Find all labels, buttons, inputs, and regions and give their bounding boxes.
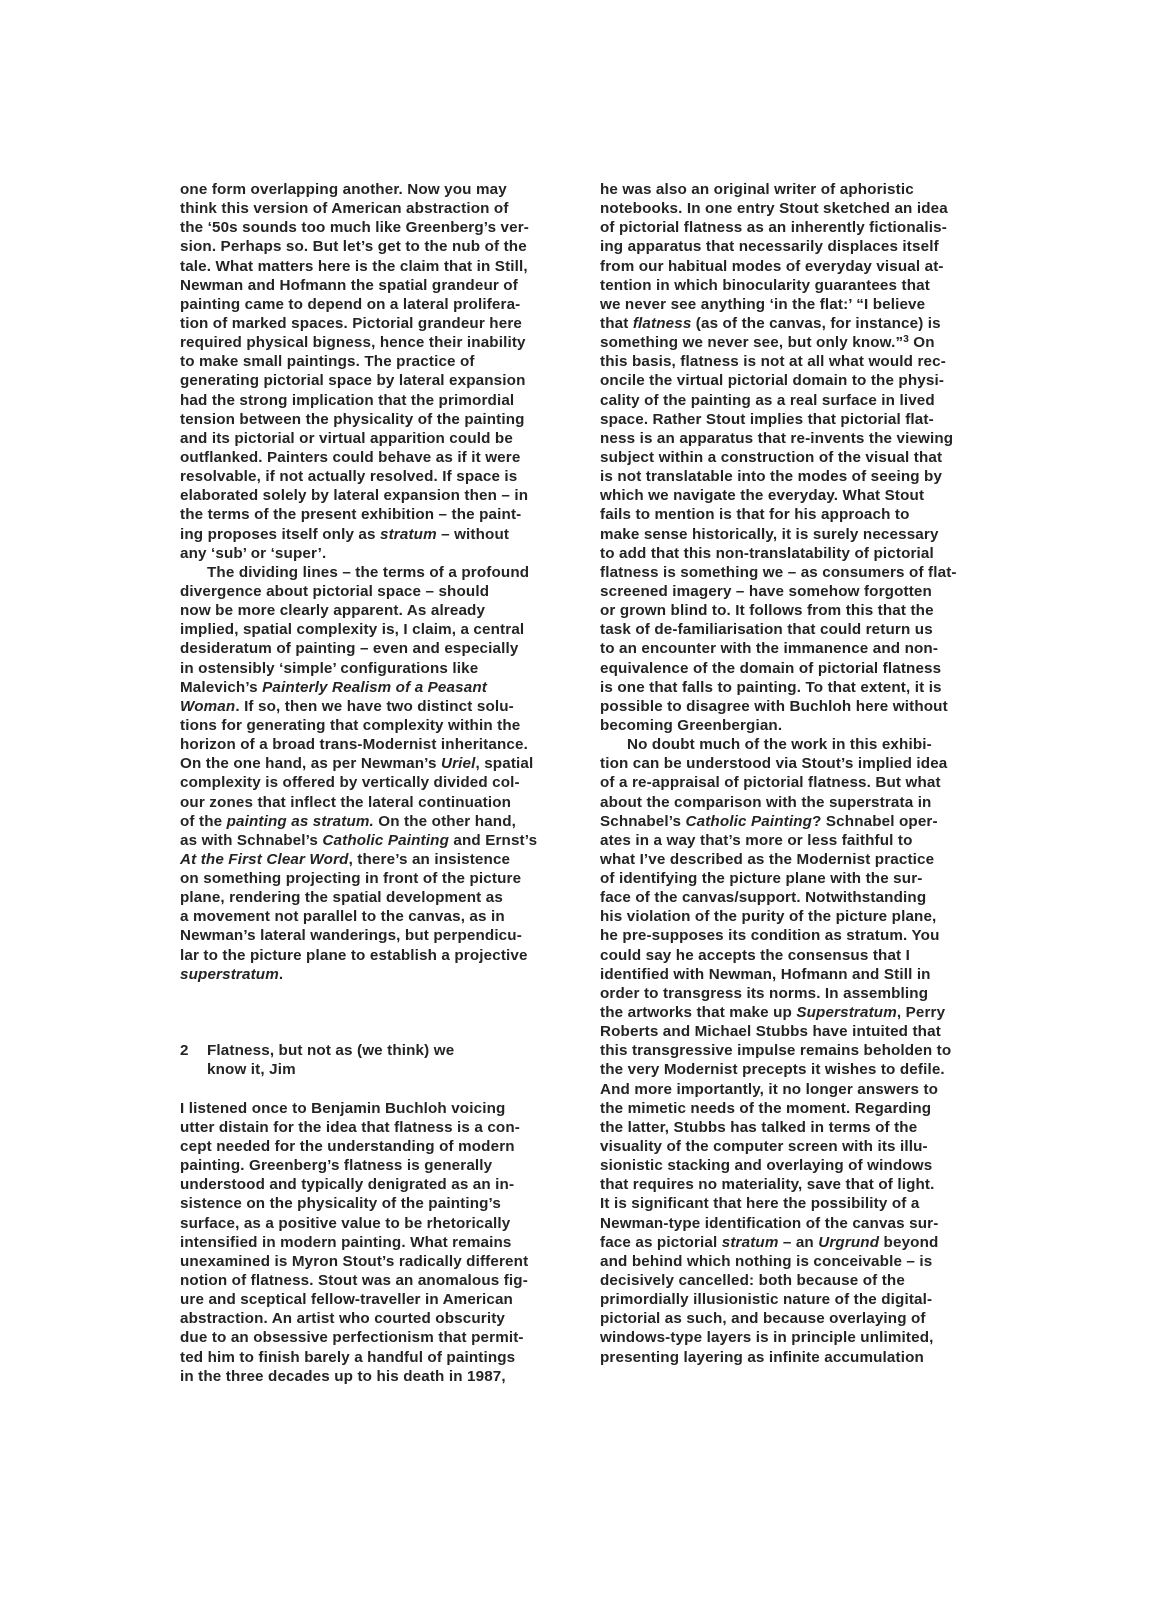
italic-text: Superstratum <box>796 1004 897 1021</box>
italic-text: stratum <box>722 1234 779 1251</box>
text-line: intensified in modern painting. What rem… <box>180 1233 590 1252</box>
text-run: order to transgress its norms. In assemb… <box>600 985 928 1002</box>
text-line: superstratum. <box>180 965 590 984</box>
text-run: ates in a way that’s more or less faithf… <box>600 832 913 849</box>
text-run: windows-type layers is in principle unli… <box>600 1329 934 1346</box>
spacer <box>180 1003 590 1022</box>
text-line: something we never see, but only know.”3… <box>600 333 1010 352</box>
text-line: from our habitual modes of everyday visu… <box>600 257 1010 276</box>
text-line: think this version of American abstracti… <box>180 199 590 218</box>
text-line: face of the canvas/support. Notwithstand… <box>600 888 1010 907</box>
text-run: think this version of American abstracti… <box>180 200 509 217</box>
paragraph: he was also an original writer of aphori… <box>600 180 1010 735</box>
text-line: divergence about pictorial space – shoul… <box>180 582 590 601</box>
text-line: this basis, flatness is not at all what … <box>600 352 1010 371</box>
text-line: is not translatable into the modes of se… <box>600 467 1010 486</box>
text-line: of identifying the picture plane with th… <box>600 869 1010 888</box>
paragraph: The dividing lines – the terms of a prof… <box>180 563 590 984</box>
text-run: task of de-familiarisation that could re… <box>600 621 933 638</box>
text-line: cality of the painting as a real surface… <box>600 391 1010 410</box>
text-run: possible to disagree with Buchloh here w… <box>600 698 948 715</box>
text-run: and its pictorial or virtual apparition … <box>180 430 513 447</box>
text-line: painting came to depend on a lateral pro… <box>180 295 590 314</box>
text-run: cality of the painting as a real surface… <box>600 392 935 409</box>
text-line: understood and typically denigrated as a… <box>180 1175 590 1194</box>
text-run: notebooks. In one entry Stout sketched a… <box>600 200 948 217</box>
text-run: abstraction. An artist who courted obscu… <box>180 1310 505 1327</box>
text-line: to an encounter with the immanence and n… <box>600 639 1010 658</box>
text-line: he was also an original writer of aphori… <box>600 180 1010 199</box>
text-line: he pre-supposes its condition as stratum… <box>600 926 1010 945</box>
text-run: implied, spatial complexity is, I claim,… <box>180 621 524 638</box>
text-line: the latter, Stubbs has talked in terms o… <box>600 1118 1010 1137</box>
text-run: oncile the virtual pictorial domain to t… <box>600 372 944 389</box>
text-line: decisively cancelled: both because of th… <box>600 1271 1010 1290</box>
text-run: a movement not parallel to the canvas, a… <box>180 908 505 925</box>
text-line: our zones that inflect the lateral conti… <box>180 793 590 812</box>
text-run: of the <box>180 813 227 830</box>
text-run: sionistic stacking and overlaying of win… <box>600 1157 932 1174</box>
text-line: At the First Clear Word, there’s an insi… <box>180 850 590 869</box>
text-run: unexamined is Myron Stout’s radically di… <box>180 1253 528 1270</box>
text-run: subject within a construction of the vis… <box>600 449 942 466</box>
text-line: that requires no materiality, save that … <box>600 1175 1010 1194</box>
text-run: now be more clearly apparent. As already <box>180 602 485 619</box>
text-run: sistence on the physicality of the paint… <box>180 1195 501 1212</box>
text-run: horizon of a broad trans-Modernist inher… <box>180 736 528 753</box>
text-run: , spatial <box>475 755 533 772</box>
text-line: primordially illusionistic nature of the… <box>600 1290 1010 1309</box>
text-line: order to transgress its norms. In assemb… <box>600 984 1010 1003</box>
text-line: tension between the physicality of the p… <box>180 410 590 429</box>
text-run: painting came to depend on a lateral pro… <box>180 296 520 313</box>
text-run: space. Rather Stout implies that pictori… <box>600 411 934 428</box>
text-run: surface, as a positive value to be rheto… <box>180 1215 510 1232</box>
text-run: and Ernst’s <box>449 832 537 849</box>
text-line: fails to mention is that for his approac… <box>600 505 1010 524</box>
text-line: what I’ve described as the Modernist pra… <box>600 850 1010 869</box>
text-line: a movement not parallel to the canvas, a… <box>180 907 590 926</box>
text-line: plane, rendering the spatial development… <box>180 888 590 907</box>
text-run: Schnabel’s <box>600 813 686 830</box>
text-line: screened imagery – have somehow forgotte… <box>600 582 1010 601</box>
text-line: make sense historically, it is surely ne… <box>600 525 1010 544</box>
text-line: And more importantly, it no longer answe… <box>600 1080 1010 1099</box>
text-line: the artworks that make up Superstratum, … <box>600 1003 1010 1022</box>
text-line: elaborated solely by lateral expansion t… <box>180 486 590 505</box>
text-run: pictorial as such, and because overlayin… <box>600 1310 926 1327</box>
italic-text: superstratum <box>180 966 279 983</box>
text-run: the very Modernist precepts it wishes to… <box>600 1061 945 1078</box>
text-line: equivalence of the domain of pictorial f… <box>600 659 1010 678</box>
text-line: subject within a construction of the vis… <box>600 448 1010 467</box>
text-run: of identifying the picture plane with th… <box>600 870 922 887</box>
text-line: utter distain for the idea that flatness… <box>180 1118 590 1137</box>
text-line: and behind which nothing is conceivable … <box>600 1252 1010 1271</box>
text-run: something we never see, but only know.” <box>600 334 903 351</box>
text-run: or grown blind to. It follows from this … <box>600 602 934 619</box>
text-line: tention in which binocularity guarantees… <box>600 276 1010 295</box>
text-run: flatness is something we – as consumers … <box>600 564 957 581</box>
text-run: understood and typically denigrated as a… <box>180 1176 514 1193</box>
text-run: his violation of the purity of the pictu… <box>600 908 936 925</box>
text-run: which we navigate the everyday. What Sto… <box>600 487 924 504</box>
text-run: ure and sceptical fellow-traveller in Am… <box>180 1291 513 1308</box>
text-line: Woman. If so, then we have two distinct … <box>180 697 590 716</box>
italic-text: At the First Clear Word <box>180 851 349 868</box>
text-line: becoming Greenbergian. <box>600 716 1010 735</box>
text-line: to add that this non-translatability of … <box>600 544 1010 563</box>
section-heading: 2Flatness, but not as (we think) we know… <box>180 1041 590 1079</box>
text-line: about the comparison with the superstrat… <box>600 793 1010 812</box>
text-line: ing proposes itself only as stratum – wi… <box>180 525 590 544</box>
text-line: the mimetic needs of the moment. Regardi… <box>600 1099 1010 1118</box>
text-run: that requires no materiality, save that … <box>600 1176 935 1193</box>
text-line: in the three decades up to his death in … <box>180 1367 590 1386</box>
text-run: – an <box>778 1234 818 1251</box>
text-line: tions for generating that complexity wit… <box>180 716 590 735</box>
text-line: this transgressive impulse remains behol… <box>600 1041 1010 1060</box>
text-run: fails to mention is that for his approac… <box>600 506 910 523</box>
text-run: resolvable, if not actually resolved. If… <box>180 468 517 485</box>
text-line: presenting layering as infinite accumula… <box>600 1348 1010 1367</box>
italic-text: Urgrund <box>818 1234 879 1251</box>
text-run: No doubt much of the work in this exhibi… <box>627 736 932 753</box>
text-run: to an encounter with the immanence and n… <box>600 640 938 657</box>
text-run: becoming Greenbergian. <box>600 717 782 734</box>
text-run: Newman-type identification of the canvas… <box>600 1215 938 1232</box>
italic-text: Woman <box>180 698 235 715</box>
text-run: – without <box>437 526 509 543</box>
text-line: of pictorial flatness as an inherently f… <box>600 218 1010 237</box>
text-line: the terms of the present exhibition – th… <box>180 505 590 524</box>
text-run: On the one hand, as per Newman’s <box>180 755 441 772</box>
text-run: tions for generating that complexity wit… <box>180 717 520 734</box>
text-line: abstraction. An artist who courted obscu… <box>180 1309 590 1328</box>
text-line: of the painting as stratum. On the other… <box>180 812 590 831</box>
text-run: sion. Perhaps so. But let’s get to the n… <box>180 238 527 255</box>
text-run: ness is an apparatus that re-invents the… <box>600 430 953 447</box>
text-run: this transgressive impulse remains behol… <box>600 1042 951 1059</box>
text-line: On the one hand, as per Newman’s Uriel, … <box>180 754 590 773</box>
text-line: unexamined is Myron Stout’s radically di… <box>180 1252 590 1271</box>
text-line: oncile the virtual pictorial domain to t… <box>600 371 1010 390</box>
section-title-line-1: Flatness, but not as (we think) we <box>207 1042 454 1059</box>
text-run: is not translatable into the modes of se… <box>600 468 942 485</box>
text-line: one form overlapping another. Now you ma… <box>180 180 590 199</box>
text-line: or grown blind to. It follows from this … <box>600 601 1010 620</box>
text-run: Newman and Hofmann the spatial grandeur … <box>180 277 518 294</box>
text-run: Malevich’s <box>180 679 262 696</box>
text-run: any ‘sub’ or ‘super’. <box>180 545 326 562</box>
text-run: utter distain for the idea that flatness… <box>180 1119 520 1136</box>
spacer <box>180 984 590 1003</box>
text-line: Newman-type identification of the canvas… <box>600 1214 1010 1233</box>
text-run: . <box>279 966 283 983</box>
text-line: his violation of the purity of the pictu… <box>600 907 1010 926</box>
text-line: ted him to finish barely a handful of pa… <box>180 1348 590 1367</box>
text-run: had the strong implication that the prim… <box>180 392 514 409</box>
italic-text: flatness <box>633 315 692 332</box>
text-run: due to an obsessive perfectionism that p… <box>180 1329 524 1346</box>
text-line: It is significant that here the possibil… <box>600 1194 1010 1213</box>
spacer <box>180 1022 590 1041</box>
text-run: he was also an original writer of aphori… <box>600 181 914 198</box>
text-line: No doubt much of the work in this exhibi… <box>600 735 1010 754</box>
text-run: make sense historically, it is surely ne… <box>600 526 939 543</box>
text-line: had the strong implication that the prim… <box>180 391 590 410</box>
text-line: notion of flatness. Stout was an anomalo… <box>180 1271 590 1290</box>
text-run: in ostensibly ‘simple’ configurations li… <box>180 660 478 677</box>
text-line: any ‘sub’ or ‘super’. <box>180 544 590 563</box>
text-line: the ‘50s sounds too much like Greenberg’… <box>180 218 590 237</box>
text-line: and its pictorial or virtual apparition … <box>180 429 590 448</box>
section-title-line-2: know it, Jim <box>180 1060 590 1079</box>
text-run: The dividing lines – the terms of a prof… <box>207 564 529 581</box>
text-run: that <box>600 315 633 332</box>
text-run: ted him to finish barely a handful of pa… <box>180 1349 515 1366</box>
text-run: desideratum of painting – even and espec… <box>180 640 518 657</box>
text-line: the very Modernist precepts it wishes to… <box>600 1060 1010 1079</box>
text-run: presenting layering as infinite accumula… <box>600 1349 924 1366</box>
text-run: complexity is offered by vertically divi… <box>180 774 520 791</box>
paragraph: one form overlapping another. Now you ma… <box>180 180 590 563</box>
text-line: now be more clearly apparent. As already <box>180 601 590 620</box>
text-run: he pre-supposes its condition as stratum… <box>600 927 940 944</box>
text-run: face of the canvas/support. Notwithstand… <box>600 889 926 906</box>
text-run: the ‘50s sounds too much like Greenberg’… <box>180 219 529 236</box>
text-line: visuality of the computer screen with it… <box>600 1137 1010 1156</box>
italic-text: painting as stratum. <box>227 813 374 830</box>
text-run: to make small paintings. The practice of <box>180 353 475 370</box>
text-line: resolvable, if not actually resolved. If… <box>180 467 590 486</box>
text-run: the terms of the present exhibition – th… <box>180 506 521 523</box>
text-line: flatness is something we – as consumers … <box>600 563 1010 582</box>
text-run: tale. What matters here is the claim tha… <box>180 258 528 275</box>
text-line: notebooks. In one entry Stout sketched a… <box>600 199 1010 218</box>
text-line: implied, spatial complexity is, I claim,… <box>180 620 590 639</box>
text-line: identified with Newman, Hofmann and Stil… <box>600 965 1010 984</box>
text-run: generating pictorial space by lateral ex… <box>180 372 526 389</box>
text-run: . If so, then we have two distinct solu- <box>235 698 514 715</box>
text-run: the artworks that make up <box>600 1004 796 1021</box>
text-run: And more importantly, it no longer answe… <box>600 1081 938 1098</box>
italic-text: Catholic Painting <box>322 832 449 849</box>
text-run: identified with Newman, Hofmann and Stil… <box>600 966 931 983</box>
text-line: complexity is offered by vertically divi… <box>180 773 590 792</box>
text-run: I listened once to Benjamin Buchloh voic… <box>180 1100 505 1117</box>
text-line: windows-type layers is in principle unli… <box>600 1328 1010 1347</box>
text-run: face as pictorial <box>600 1234 722 1251</box>
text-line: ure and sceptical fellow-traveller in Am… <box>180 1290 590 1309</box>
text-line: sistence on the physicality of the paint… <box>180 1194 590 1213</box>
text-line: desideratum of painting – even and espec… <box>180 639 590 658</box>
text-run: lar to the picture plane to establish a … <box>180 947 528 964</box>
text-line: could say he accepts the consensus that … <box>600 946 1010 965</box>
text-line: we never see anything ‘in the flat:’ “I … <box>600 295 1010 314</box>
text-run: Newman’s lateral wanderings, but perpend… <box>180 927 522 944</box>
text-line: ates in a way that’s more or less faithf… <box>600 831 1010 850</box>
text-run: is one that falls to painting. To that e… <box>600 679 942 696</box>
text-run: On the other hand, <box>374 813 516 830</box>
spacer <box>180 1080 590 1099</box>
text-line: ing apparatus that necessarily displaces… <box>600 237 1010 256</box>
text-line: required physical bigness, hence their i… <box>180 333 590 352</box>
text-run: tion can be understood via Stout’s impli… <box>600 755 947 772</box>
text-line: of a re-appraisal of pictorial flatness.… <box>600 773 1010 792</box>
text-line: possible to disagree with Buchloh here w… <box>600 697 1010 716</box>
text-line: generating pictorial space by lateral ex… <box>180 371 590 390</box>
text-run: to add that this non-translatability of … <box>600 545 934 562</box>
text-line: sionistic stacking and overlaying of win… <box>600 1156 1010 1175</box>
text-run: decisively cancelled: both because of th… <box>600 1272 905 1289</box>
paragraph: No doubt much of the work in this exhibi… <box>600 735 1010 1367</box>
text-line: pictorial as such, and because overlayin… <box>600 1309 1010 1328</box>
text-line: tale. What matters here is the claim tha… <box>180 257 590 276</box>
text-line: painting. Greenberg’s flatness is genera… <box>180 1156 590 1175</box>
text-run: in the three decades up to his death in … <box>180 1368 506 1385</box>
italic-text: stratum <box>380 526 437 543</box>
paragraph: I listened once to Benjamin Buchloh voic… <box>180 1099 590 1386</box>
text-run: ing apparatus that necessarily displaces… <box>600 238 939 255</box>
text-line: which we navigate the everyday. What Sto… <box>600 486 1010 505</box>
text-run: ing proposes itself only as <box>180 526 380 543</box>
text-run: (as of the canvas, for instance) is <box>691 315 940 332</box>
text-run: we never see anything ‘in the flat:’ “I … <box>600 296 925 313</box>
text-run: elaborated solely by lateral expansion t… <box>180 487 528 504</box>
text-line: I listened once to Benjamin Buchloh voic… <box>180 1099 590 1118</box>
text-run: what I’ve described as the Modernist pra… <box>600 851 934 868</box>
right-text-column: he was also an original writer of aphori… <box>600 180 1010 1367</box>
text-line: as with Schnabel’s Catholic Painting and… <box>180 831 590 850</box>
text-line: face as pictorial stratum – an Urgrund b… <box>600 1233 1010 1252</box>
text-line: to make small paintings. The practice of <box>180 352 590 371</box>
italic-text: Uriel <box>441 755 476 772</box>
text-line: space. Rather Stout implies that pictori… <box>600 410 1010 429</box>
text-run: intensified in modern painting. What rem… <box>180 1234 511 1251</box>
text-run: of pictorial flatness as an inherently f… <box>600 219 947 236</box>
text-run: notion of flatness. Stout was an anomalo… <box>180 1272 528 1289</box>
text-run: equivalence of the domain of pictorial f… <box>600 660 941 677</box>
text-run: the mimetic needs of the moment. Regardi… <box>600 1100 931 1117</box>
text-line: due to an obsessive perfectionism that p… <box>180 1328 590 1347</box>
text-line: Malevich’s Painterly Realism of a Peasan… <box>180 678 590 697</box>
text-line: sion. Perhaps so. But let’s get to the n… <box>180 237 590 256</box>
section-number: 2 <box>180 1041 207 1060</box>
text-line: is one that falls to painting. To that e… <box>600 678 1010 697</box>
text-line: that flatness (as of the canvas, for ins… <box>600 314 1010 333</box>
text-line: in ostensibly ‘simple’ configurations li… <box>180 659 590 678</box>
text-line: outflanked. Painters could behave as if … <box>180 448 590 467</box>
text-run: as with Schnabel’s <box>180 832 322 849</box>
text-run: required physical bigness, hence their i… <box>180 334 526 351</box>
text-run: plane, rendering the spatial development… <box>180 889 503 906</box>
text-line: surface, as a positive value to be rheto… <box>180 1214 590 1233</box>
text-line: tion can be understood via Stout’s impli… <box>600 754 1010 773</box>
text-line: horizon of a broad trans-Modernist inher… <box>180 735 590 754</box>
text-run: cept needed for the understanding of mod… <box>180 1138 515 1155</box>
text-line: cept needed for the understanding of mod… <box>180 1137 590 1156</box>
text-line: Roberts and Michael Stubbs have intuited… <box>600 1022 1010 1041</box>
text-run: tension between the physicality of the p… <box>180 411 525 428</box>
text-run: , there’s an insistence <box>349 851 511 868</box>
text-line: Newman and Hofmann the spatial grandeur … <box>180 276 590 295</box>
text-line: tion of marked spaces. Pictorial grandeu… <box>180 314 590 333</box>
text-line: Newman’s lateral wanderings, but perpend… <box>180 926 590 945</box>
text-run: about the comparison with the superstrat… <box>600 794 932 811</box>
italic-text: Catholic Painting <box>686 813 813 830</box>
text-run: the latter, Stubbs has talked in terms o… <box>600 1119 917 1136</box>
text-run: one form overlapping another. Now you ma… <box>180 181 507 198</box>
text-run: visuality of the computer screen with it… <box>600 1138 928 1155</box>
text-run: of a re-appraisal of pictorial flatness.… <box>600 774 941 791</box>
text-line: The dividing lines – the terms of a prof… <box>180 563 590 582</box>
text-run: divergence about pictorial space – shoul… <box>180 583 489 600</box>
text-run: tention in which binocularity guarantees… <box>600 277 930 294</box>
text-run: painting. Greenberg’s flatness is genera… <box>180 1157 492 1174</box>
text-run: on something projecting in front of the … <box>180 870 521 887</box>
text-line: lar to the picture plane to establish a … <box>180 946 590 965</box>
left-text-column: one form overlapping another. Now you ma… <box>180 180 590 1386</box>
text-run: tion of marked spaces. Pictorial grandeu… <box>180 315 522 332</box>
text-line: ness is an apparatus that re-invents the… <box>600 429 1010 448</box>
text-run: beyond <box>879 1234 938 1251</box>
text-run: from our habitual modes of everyday visu… <box>600 258 944 275</box>
text-run: could say he accepts the consensus that … <box>600 947 910 964</box>
text-run: screened imagery – have somehow forgotte… <box>600 583 932 600</box>
text-run: Roberts and Michael Stubbs have intuited… <box>600 1023 941 1040</box>
text-line: Schnabel’s Catholic Painting? Schnabel o… <box>600 812 1010 831</box>
text-run: ? Schnabel oper- <box>812 813 938 830</box>
text-line: on something projecting in front of the … <box>180 869 590 888</box>
text-run: It is significant that here the possibil… <box>600 1195 919 1212</box>
text-run: and behind which nothing is conceivable … <box>600 1253 932 1270</box>
text-run: , Perry <box>897 1004 945 1021</box>
text-run: primordially illusionistic nature of the… <box>600 1291 932 1308</box>
text-run: this basis, flatness is not at all what … <box>600 353 946 370</box>
italic-text: Painterly Realism of a Peasant <box>262 679 487 696</box>
text-run: On <box>909 334 935 351</box>
text-run: outflanked. Painters could behave as if … <box>180 449 520 466</box>
text-run: our zones that inflect the lateral conti… <box>180 794 511 811</box>
text-line: task of de-familiarisation that could re… <box>600 620 1010 639</box>
